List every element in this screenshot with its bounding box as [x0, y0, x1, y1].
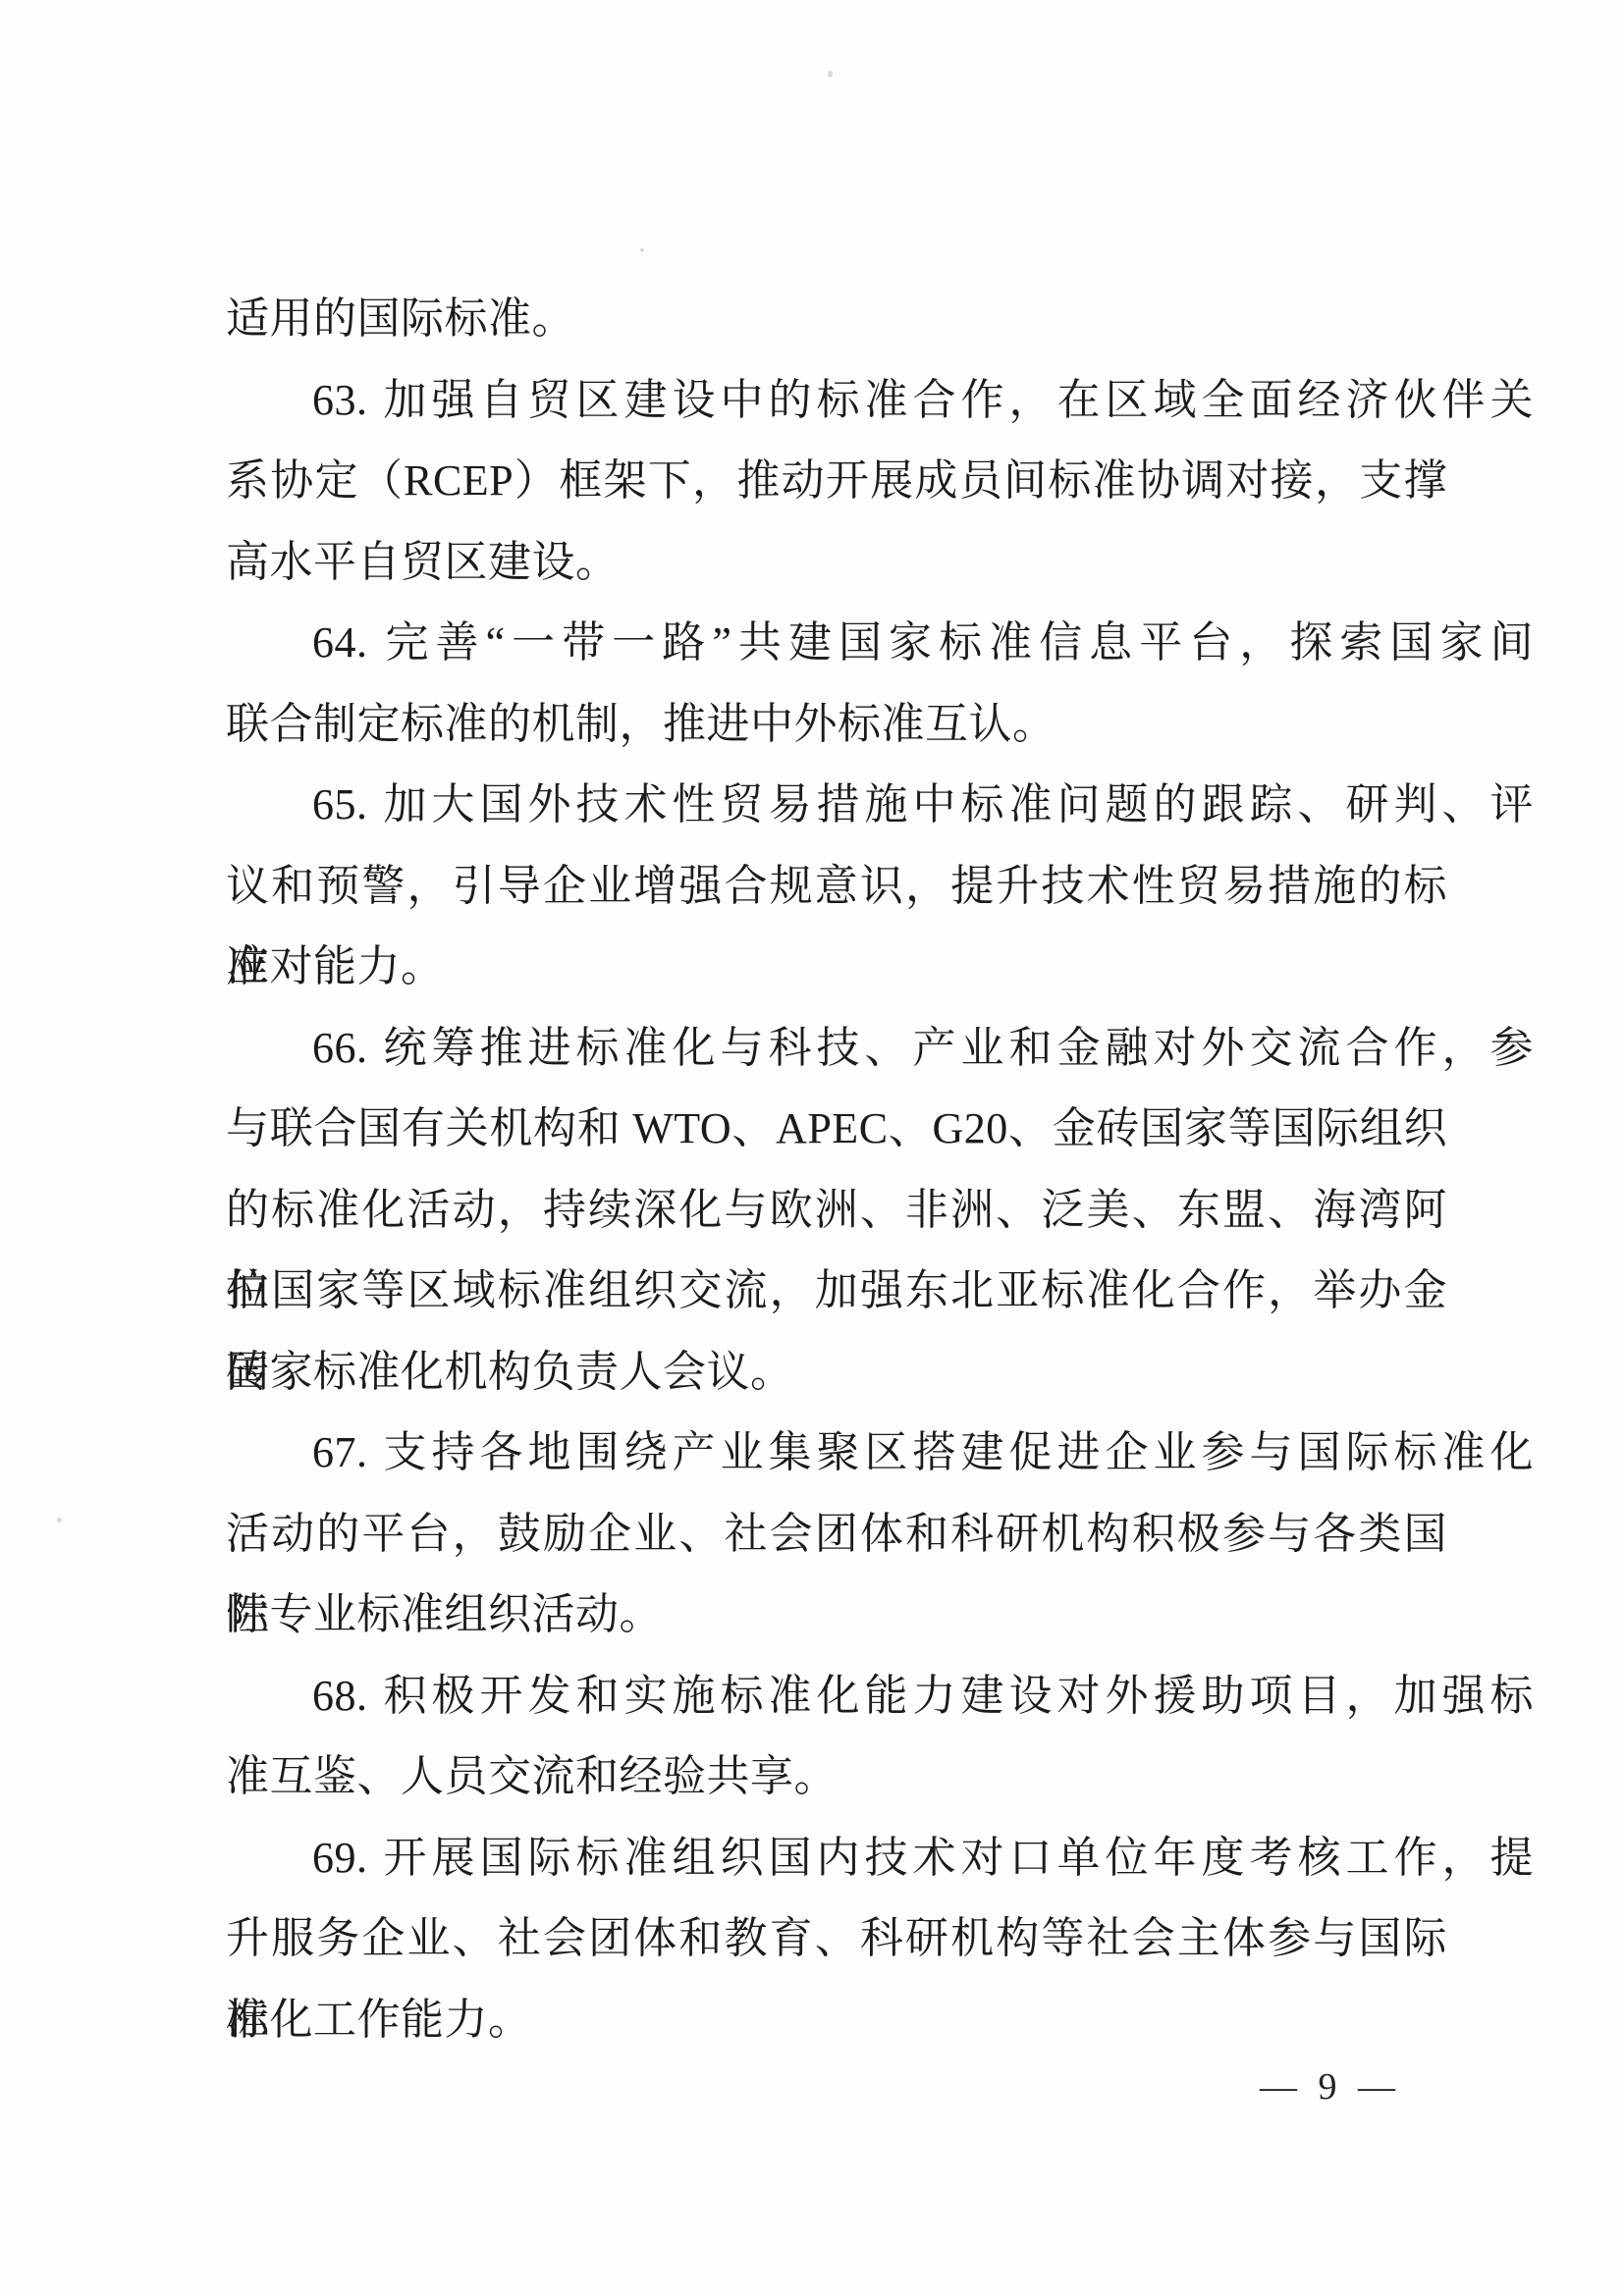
- scan-artifact: [828, 71, 833, 78]
- text-line: 67. 支持各地围绕产业集聚区搭建促进企业参与国际标准化: [226, 1413, 1534, 1494]
- text-line: 高水平自贸区建设。: [226, 522, 1447, 604]
- text-line: 适用的国际标准。: [226, 279, 1447, 360]
- scan-artifact: [640, 248, 644, 252]
- text-line: 64. 完善“一带一路”共建国家标准信息平台，探索国家间: [226, 603, 1534, 684]
- text-line: 升服务企业、社会团体和教育、科研机构等社会主体参与国际标: [226, 1898, 1447, 1980]
- document-page: 适用的国际标准。63. 加强自贸区建设中的标准合作，在区域全面经济伙伴关系协定（…: [0, 0, 1624, 2296]
- text-line: 与联合国有关机构和 WTO、APEC、G20、金砖国家等国际组织: [226, 1089, 1447, 1170]
- text-line: 的标准化活动，持续深化与欧洲、非洲、泛美、东盟、海湾阿拉: [226, 1170, 1447, 1252]
- text-line: 65. 加大国外技术性贸易措施中标准问题的跟踪、研判、评: [226, 765, 1534, 846]
- page-number: — 9 —: [1260, 2065, 1401, 2109]
- text-line: 68. 积极开发和实施标准化能力建设对外援助项目，加强标: [226, 1656, 1534, 1737]
- document-body: 适用的国际标准。63. 加强自贸区建设中的标准合作，在区域全面经济伙伴关系协定（…: [226, 279, 1447, 2060]
- text-line: 国家标准化机构负责人会议。: [226, 1332, 1447, 1414]
- text-line: 伯国家等区域标准组织交流，加强东北亚标准化合作，举办金砖: [226, 1251, 1447, 1332]
- text-line: 性专业标准组织活动。: [226, 1575, 1447, 1656]
- text-line: 应对能力。: [226, 927, 1447, 1008]
- text-line: 69. 开展国际标准组织国内技术对口单位年度考核工作，提: [226, 1818, 1534, 1899]
- text-line: 系协定（RCEP）框架下，推动开展成员间标准协调对接，支撑: [226, 441, 1447, 522]
- text-line: 准互鉴、人员交流和经验共享。: [226, 1736, 1447, 1818]
- text-line: 66. 统筹推进标准化与科技、产业和金融对外交流合作，参: [226, 1008, 1534, 1090]
- scan-artifact: [57, 1518, 62, 1522]
- text-line: 63. 加强自贸区建设中的标准合作，在区域全面经济伙伴关: [226, 360, 1534, 442]
- text-line: 议和预警，引导企业增强合规意识，提升技术性贸易措施的标准: [226, 846, 1447, 928]
- text-line: 联合制定标准的机制，推进中外标准互认。: [226, 684, 1447, 766]
- text-line: 活动的平台，鼓励企业、社会团体和科研机构积极参与各类国际: [226, 1494, 1447, 1575]
- text-line: 准化工作能力。: [226, 1980, 1447, 2061]
